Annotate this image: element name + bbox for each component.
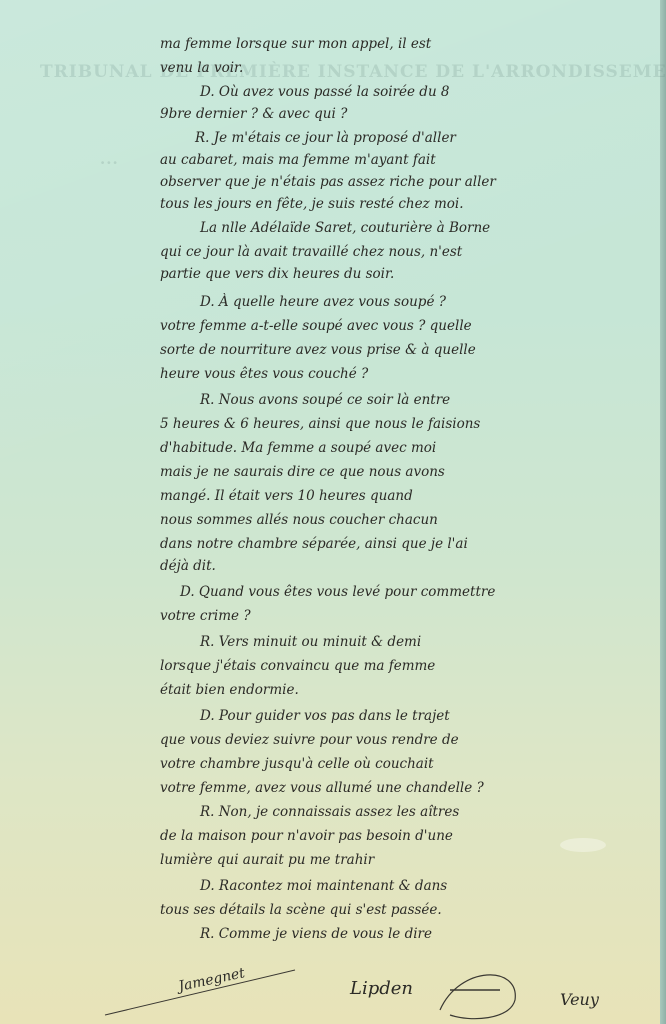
text-line: votre femme, avez vous allumé une chande… [160, 780, 484, 796]
text-line: était bien endormie. [160, 682, 299, 698]
text-line: mangé. Il était vers 10 heures quand [160, 488, 413, 504]
text-line: D. Pour guider vos pas dans le trajet [200, 708, 450, 724]
signature-right: Veuy [560, 990, 599, 1009]
text-line: dans notre chambre séparée, ainsi que je… [160, 536, 468, 552]
page-edge [660, 0, 666, 1024]
signature-loop [420, 960, 540, 1024]
text-line: lumière qui aurait pu me trahir [160, 852, 374, 868]
text-line: La nlle Adélaïde Saret, couturière à Bor… [200, 220, 490, 236]
text-line: 5 heures & 6 heures, ainsi que nous le f… [160, 416, 480, 432]
text-line: que vous deviez suivre pour vous rendre … [160, 732, 459, 748]
text-line: heure vous êtes vous couché ? [160, 366, 368, 382]
text-line: qui ce jour là avait travaillé chez nous… [160, 244, 462, 260]
text-line: d'habitude. Ma femme a soupé avec moi [160, 440, 436, 456]
text-line: tous les jours en fête, je suis resté ch… [160, 196, 464, 212]
signature-middle: Lipden [350, 978, 413, 999]
signature-flourish [100, 960, 300, 1020]
text-line: votre chambre jusqu'à celle où couchait [160, 756, 434, 772]
bleed-through-text: ... [100, 150, 119, 168]
text-line: au cabaret, mais ma femme m'ayant fait [160, 152, 436, 168]
text-line: R. Nous avons soupé ce soir là entre [200, 392, 450, 408]
text-line: nous sommes allés nous coucher chacun [160, 512, 438, 528]
text-line: R. Non, je connaissais assez les aîtres [200, 804, 459, 820]
text-line: R. Vers minuit ou minuit & demi [200, 634, 421, 650]
document-page: TRIBUNAL DE PREMIÈRE INSTANCE DE L'ARRON… [0, 0, 666, 1024]
text-line: 9bre dernier ? & avec qui ? [160, 106, 347, 122]
text-line: déjà dit. [160, 558, 216, 574]
text-line: observer que je n'étais pas assez riche … [160, 174, 496, 190]
text-line: mais je ne saurais dire ce que nous avon… [160, 464, 445, 480]
text-line: partie que vers dix heures du soir. [160, 266, 394, 282]
text-line: votre femme a-t-elle soupé avec vous ? q… [160, 318, 472, 334]
text-line: sorte de nourriture avez vous prise & à … [160, 342, 476, 358]
text-line: R. Je m'étais ce jour là proposé d'aller [195, 130, 456, 146]
text-line: tous ses détails la scène qui s'est pass… [160, 902, 442, 918]
text-line: D. À quelle heure avez vous soupé ? [200, 294, 446, 310]
text-line: R. Comme je viens de vous le dire [200, 926, 432, 942]
text-line: D. Quand vous êtes vous levé pour commet… [180, 584, 495, 600]
text-line: D. Racontez moi maintenant & dans [200, 878, 447, 894]
text-line: de la maison pour n'avoir pas besoin d'u… [160, 828, 453, 844]
bleed-through-header: TRIBUNAL DE PREMIÈRE INSTANCE DE L'ARRON… [40, 62, 666, 82]
paper-stain [560, 838, 606, 852]
text-line: D. Où avez vous passé la soirée du 8 [200, 84, 450, 100]
text-line: ma femme lorsque sur mon appel, il est [160, 36, 431, 52]
text-line: venu la voir. [160, 60, 243, 76]
text-line: lorsque j'étais convaincu que ma femme [160, 658, 435, 674]
text-line: votre crime ? [160, 608, 251, 624]
